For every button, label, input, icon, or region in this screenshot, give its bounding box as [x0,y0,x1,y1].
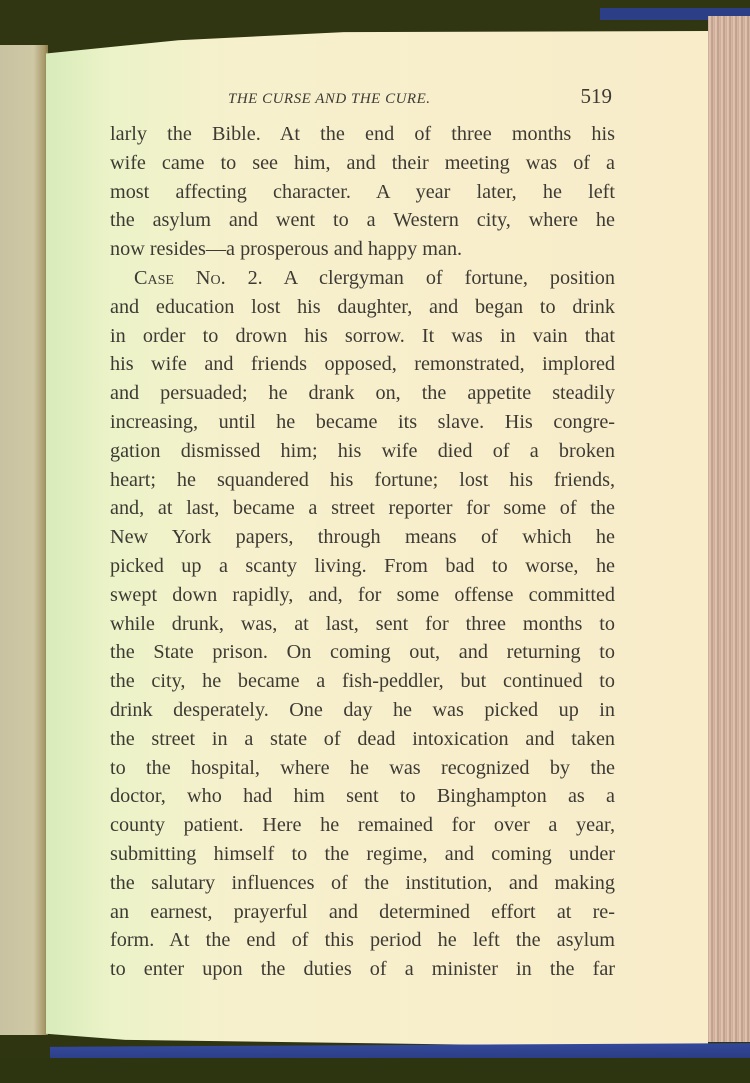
text-line: now resides—a prosperous and happy man. [110,235,615,264]
text-line: the State prison. On coming out, and ret… [110,638,615,667]
text-line: larly the Bible. At the end of three mon… [110,120,615,149]
page-number: 519 [581,84,613,109]
book-scan: THE CURSE AND THE CURE. 519 larly the Bi… [0,0,750,1083]
text-line: gation dismissed him; his wife died of a… [110,437,615,466]
text-line: increasing, until he became its slave. H… [110,408,615,437]
text-line: the city, he became a fish-peddler, but … [110,667,615,696]
text-line: and, at last, became a street reporter f… [110,494,615,523]
text-line: picked up a scanty living. From bad to w… [110,552,615,581]
text-line: the salutary influences of the instituti… [110,869,615,898]
left-page-sliver [0,45,48,1035]
text-line: and persuaded; he drank on, the appetite… [110,379,615,408]
body-text: larly the Bible. At the end of three mon… [110,120,615,984]
case-text: A clergyman of fortune, position [284,267,615,289]
case-label: Case No. 2. [134,267,263,289]
text-line: an earnest, prayerful and determined eff… [110,898,615,927]
text-line: heart; he squandered his fortune; lost h… [110,466,615,495]
page-header: THE CURSE AND THE CURE. 519 [228,84,612,110]
running-head: THE CURSE AND THE CURE. [228,91,430,108]
text-line: his wife and friends opposed, remonstrat… [110,350,615,379]
text-line: and education lost his daughter, and beg… [110,293,615,322]
text-line: drink desperately. One day he was picked… [110,696,615,725]
text-line: while drunk, was, at last, sent for thre… [110,610,615,639]
text-line: the street in a state of dead intoxicati… [110,725,615,754]
text-line: the asylum and went to a Western city, w… [110,206,615,235]
text-line: swept down rapidly, and, for some offens… [110,581,615,610]
text-line: to the hospital, where he was recognized… [110,754,615,783]
backdrop-bottom [0,1058,750,1083]
text-line: county patient. Here he remained for ove… [110,811,615,840]
text-line: most affecting character. A year later, … [110,178,615,207]
text-line-case-heading: Case No. 2. A clergyman of fortune, posi… [110,264,615,293]
text-line: wife came to see him, and their meeting … [110,149,615,178]
page-fore-edges [708,16,750,1042]
text-line: New York papers, through means of which … [110,523,615,552]
text-line: submitting himself to the regime, and co… [110,840,615,869]
text-line: form. At the end of this period he left … [110,926,615,955]
text-line: to enter upon the duties of a minister i… [110,955,615,984]
text-line: doctor, who had him sent to Binghampton … [110,782,615,811]
text-line: in order to drown his sorrow. It was in … [110,322,615,351]
